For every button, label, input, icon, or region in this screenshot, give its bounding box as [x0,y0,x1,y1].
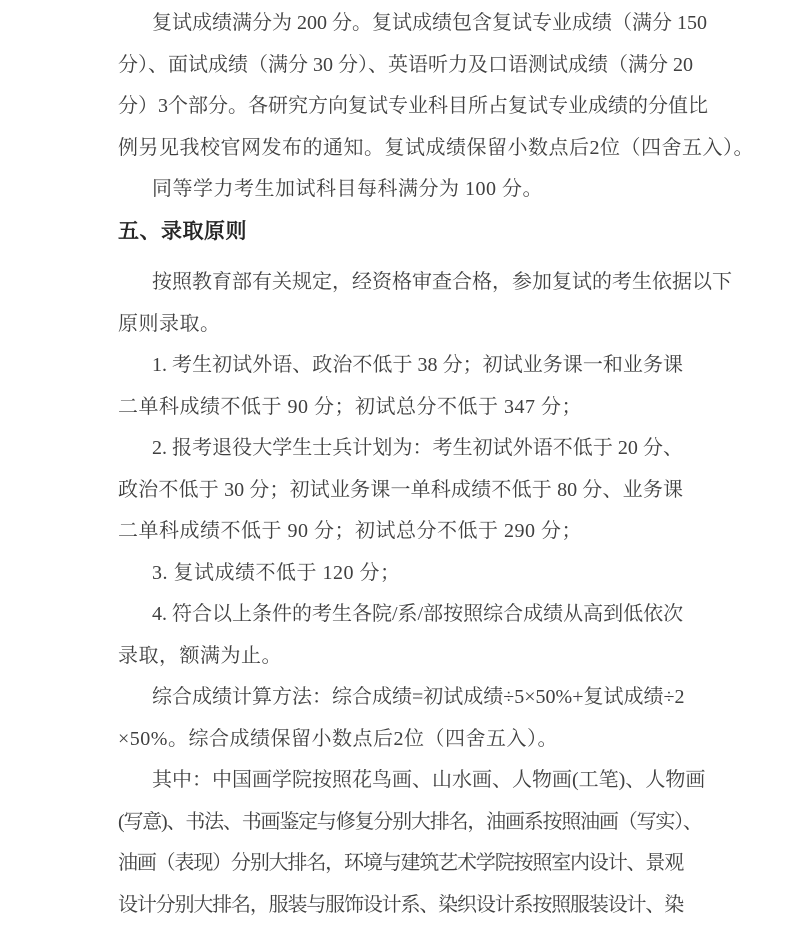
text-line: 2. 报考退役大学生士兵计划为：考生初试外语不低于 20 分、 [118,428,683,470]
text-line: 例另见我校官网发布的通知。复试成绩保留小数点后2位（四舍五入）。 [118,128,683,170]
text-line: 综合成绩计算方法：综合成绩=初试成绩÷5×50%+复试成绩÷2 [118,677,683,719]
text-line: 其中：中国画学院按照花鸟画、山水画、人物画(工笔)、人物画 [118,760,683,802]
text-line: 3. 复试成绩不低于 120 分； [118,553,683,595]
text-line: 同等学力考生加试科目每科满分为 100 分。 [118,169,683,211]
text-line: 二单科成绩不低于 90 分；初试总分不低于 347 分； [118,387,683,429]
text-line: 复试成绩满分为 200 分。复试成绩包含复试专业成绩（满分 150 [118,3,683,45]
text-line: ×50%。综合成绩保留小数点后2位（四舍五入）。 [118,719,683,761]
text-line: 1. 考生初试外语、政治不低于 38 分；初试业务课一和业务课 [118,345,683,387]
text-line: 政治不低于 30 分；初试业务课一单科成绩不低于 80 分、业务课 [118,470,683,512]
text-line: 4. 符合以上条件的考生各院/系/部按照综合成绩从高到低依次 [118,594,683,636]
text-line: 油画（表现）分别大排名，环境与建筑艺术学院按照室内设计、景观 [118,843,683,885]
text-line: 录取，额满为止。 [118,636,683,678]
text-line: 设计分别大排名，服装与服饰设计系、染织设计系按照服装设计、染 [118,885,683,927]
text-line: 分）3个部分。各研究方向复试专业科目所占复试专业成绩的分值比 [118,86,683,128]
text-line: 按照教育部有关规定，经资格审查合格，参加复试的考生依据以下 [118,262,683,304]
text-line: (写意)、书法、书画鉴定与修复分别大排名，油画系按照油画（写实）、 [118,802,683,844]
text-line: 原则录取。 [118,304,683,346]
section-heading: 五、录取原则 [118,211,683,253]
text-line: 二单科成绩不低于 90 分；初试总分不低于 290 分； [118,511,683,553]
text-line: 分）、面试成绩（满分 30 分）、英语听力及口语测试成绩（满分 20 [118,45,683,87]
document-page: 复试成绩满分为 200 分。复试成绩包含复试专业成绩（满分 150 分）、面试成… [0,0,793,939]
